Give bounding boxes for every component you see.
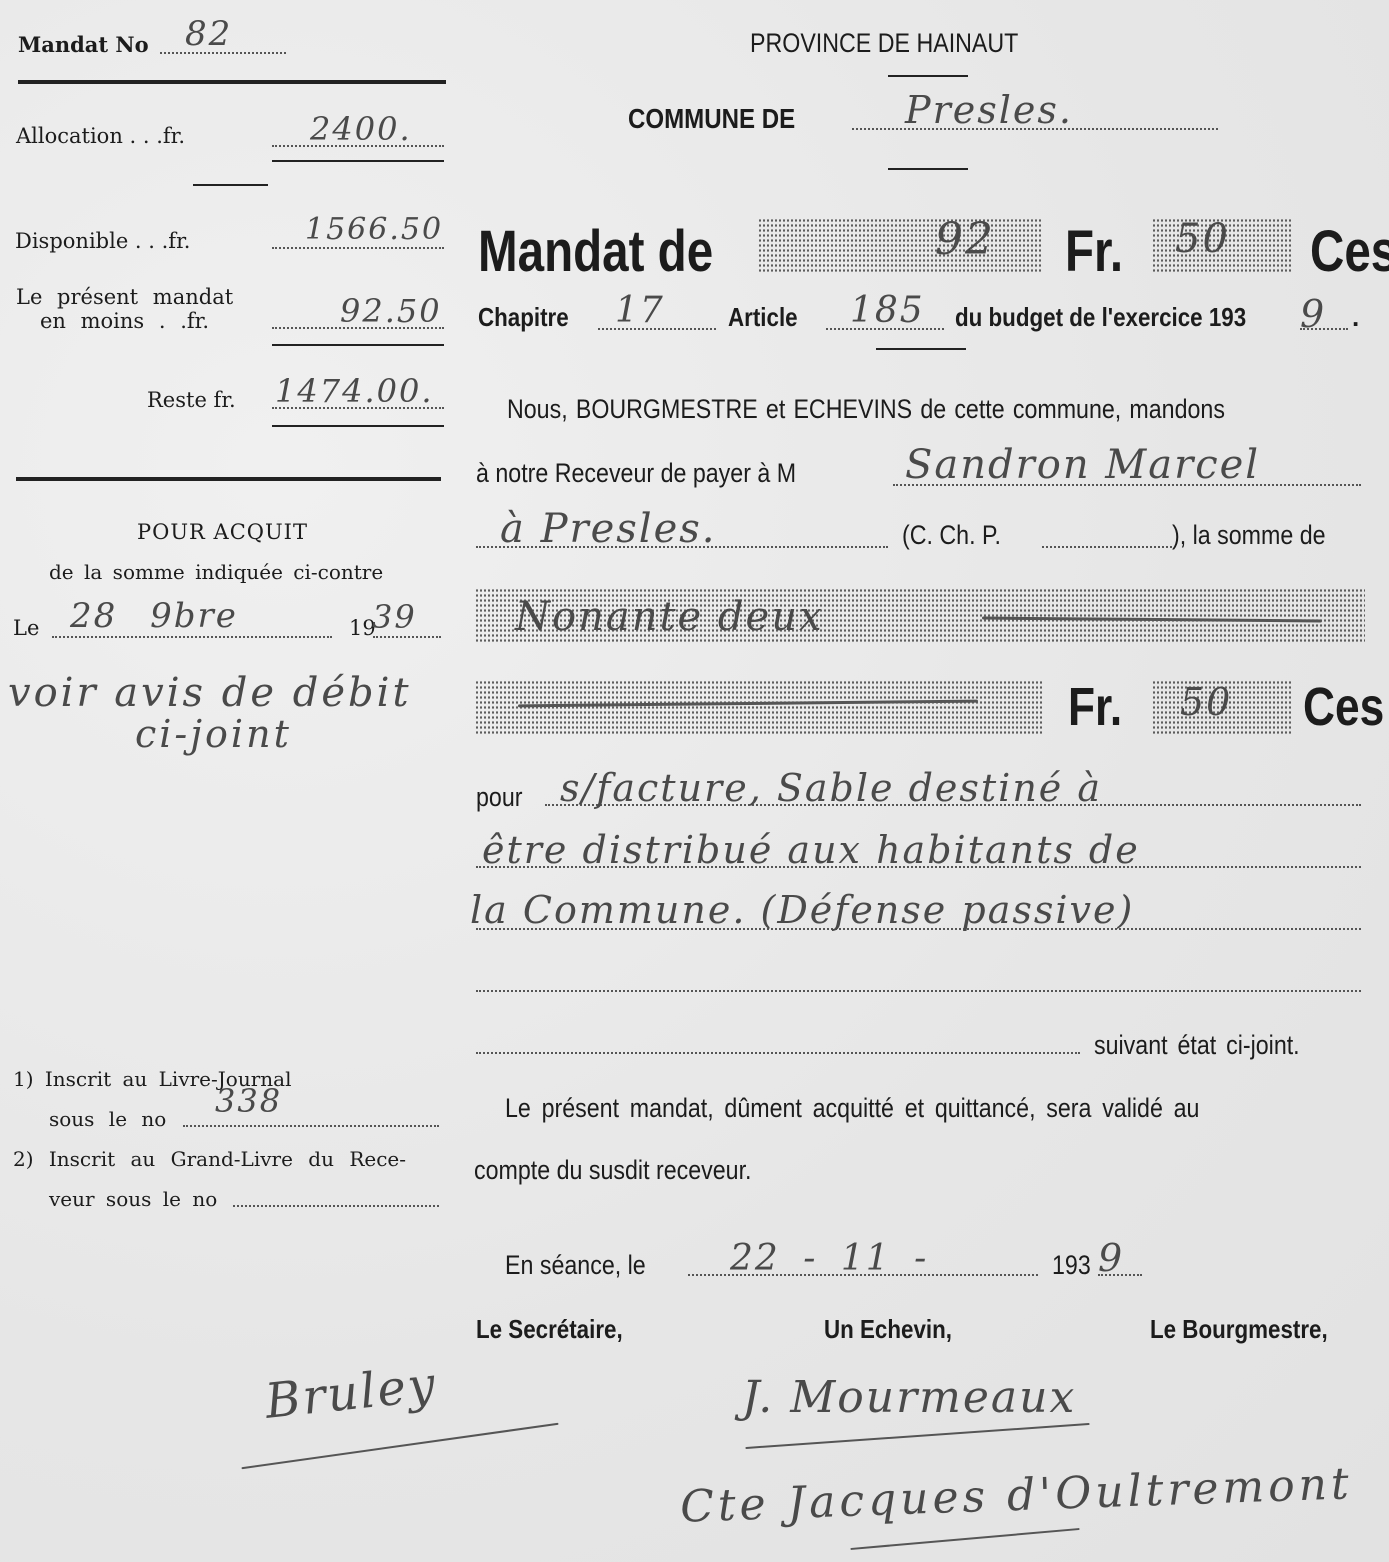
cchp-field-line[interactable] bbox=[1042, 546, 1172, 548]
echevin-signature-flourish bbox=[745, 1423, 1089, 1449]
words-ces-value[interactable]: 50 bbox=[1180, 680, 1232, 724]
secretaire-label: Le Secrétaire, bbox=[476, 1314, 623, 1345]
commune-separator bbox=[888, 168, 968, 170]
divider-top-left bbox=[18, 80, 446, 84]
validity-line1: Le présent mandat, dûment acquitté et qu… bbox=[505, 1093, 1199, 1124]
present-mandat-underline bbox=[272, 344, 444, 346]
acquit-year-field-line bbox=[373, 636, 441, 638]
suivant-label: suivant état ci-joint. bbox=[1094, 1030, 1300, 1061]
acquit-note-line1: voir avis de débit bbox=[8, 670, 412, 716]
mandat-amount-ces-value[interactable]: 50 bbox=[1175, 216, 1230, 262]
validity-line2: compte du susdit receveur. bbox=[474, 1155, 751, 1186]
mandat-amount-fr-value[interactable]: 92 bbox=[935, 214, 995, 265]
budget-label: du budget de l'exercice 193 bbox=[955, 302, 1246, 333]
allocation-underline bbox=[272, 160, 444, 162]
commune-value[interactable]: Presles. bbox=[905, 88, 1073, 132]
disponible-value[interactable]: 1566.50 bbox=[305, 212, 443, 247]
words-ces-label: Ces bbox=[1303, 676, 1384, 738]
seance-label: En séance, le bbox=[505, 1250, 646, 1281]
inscrit-grand-livre-field-line[interactable] bbox=[233, 1205, 439, 1207]
reste-value[interactable]: 1474.00. bbox=[275, 372, 434, 410]
secretaire-signature: Bruley bbox=[263, 1356, 440, 1430]
bourgmestre-signature: Cte Jacques d'Oultremont bbox=[679, 1458, 1353, 1532]
mandat-title: Mandat de bbox=[478, 218, 713, 285]
chapitre-label: Chapitre bbox=[478, 302, 569, 333]
commune-label: COMMUNE DE bbox=[628, 103, 795, 135]
purpose-value-3[interactable]: la Commune. (Défense passive) bbox=[470, 888, 1134, 932]
acquit-subtitle: de la somme indiquée ci-contre bbox=[49, 560, 383, 584]
echevin-signature: J. Mourmeaux bbox=[742, 1372, 1076, 1423]
mandat-ces-label: Ces bbox=[1310, 218, 1389, 285]
acquit-le-label: Le bbox=[13, 616, 39, 640]
mandat-number-label: Mandat No bbox=[18, 32, 149, 57]
payee-address-value[interactable]: à Presles. bbox=[500, 506, 717, 552]
acquit-date-field-line bbox=[52, 636, 332, 638]
purpose-line-4[interactable] bbox=[476, 990, 1361, 992]
purpose-value-1[interactable]: s/facture, Sable destiné à bbox=[560, 766, 1102, 810]
inscrit-grand-livre-label: 2) Inscrit au Grand-Livre du Rece- bbox=[13, 1147, 406, 1171]
reste-underline bbox=[272, 425, 444, 427]
seance-date-value[interactable]: 22 - 11 - bbox=[730, 1238, 928, 1279]
mandat-amount-fr-box bbox=[758, 218, 1042, 274]
budget-year-value[interactable]: 9 bbox=[1300, 292, 1326, 336]
divider-middle-left bbox=[16, 477, 441, 481]
purpose-value-2[interactable]: être distribué aux habitants de bbox=[482, 828, 1140, 872]
acquit-year-value[interactable]: 39 bbox=[372, 598, 417, 636]
present-mandat-value[interactable]: 92.50 bbox=[340, 292, 442, 330]
allocation-label: Allocation . . .fr. bbox=[16, 124, 185, 148]
budget-period: . bbox=[1352, 302, 1359, 333]
disponible-field-line bbox=[272, 247, 444, 249]
echevin-label: Un Echevin, bbox=[824, 1314, 952, 1345]
bourgmestre-label: Le Bourgmestre, bbox=[1150, 1314, 1328, 1345]
amount-words-box-2 bbox=[475, 680, 1043, 736]
mandat-fr-label: Fr. bbox=[1065, 218, 1123, 285]
seance-year-value[interactable]: 9 bbox=[1098, 1236, 1124, 1280]
chapitre-separator bbox=[876, 348, 966, 350]
acquit-date-value[interactable]: 28 9bre bbox=[70, 596, 238, 636]
inscrit-livre-journal-field-line bbox=[183, 1125, 439, 1127]
cchp-label: (C. Ch. P. bbox=[902, 520, 1001, 551]
inscrit-livre-journal-no-label: sous le no bbox=[49, 1107, 166, 1131]
present-mandat-label-line2: en moins . .fr. bbox=[40, 309, 209, 333]
province-separator bbox=[888, 75, 968, 77]
acquit-note-line2: ci-joint bbox=[135, 712, 292, 756]
payee-value[interactable]: Sandron Marcel bbox=[905, 442, 1260, 488]
article-label: Article bbox=[728, 302, 798, 333]
mandat-number-value[interactable]: 82 bbox=[185, 14, 232, 54]
inscrit-livre-journal-value[interactable]: 338 bbox=[215, 1082, 282, 1120]
words-fr-label: Fr. bbox=[1068, 676, 1122, 738]
suivant-field-line[interactable] bbox=[476, 1052, 1080, 1054]
present-mandat-label-line1: Le présent mandat bbox=[16, 285, 233, 309]
seance-year-prefix: 193 bbox=[1052, 1250, 1091, 1281]
reste-label: Reste fr. bbox=[147, 388, 236, 412]
allocation-value[interactable]: 2400. bbox=[310, 110, 412, 148]
bourgmestre-signature-flourish bbox=[850, 1528, 1079, 1550]
body-paragraph-line1: Nous, BOURGMESTRE et ECHEVINS de cette c… bbox=[507, 394, 1225, 425]
pour-label: pour bbox=[476, 782, 522, 813]
payer-label: à notre Receveur de payer à M bbox=[476, 458, 796, 489]
amount-words-value[interactable]: Nonante deux bbox=[515, 594, 824, 640]
chapitre-value[interactable]: 17 bbox=[615, 290, 665, 331]
cchp-suffix: ), la somme de bbox=[1172, 520, 1326, 551]
disponible-label: Disponible . . .fr. bbox=[15, 229, 190, 253]
allocation-separator bbox=[193, 184, 268, 186]
secretaire-signature-flourish bbox=[241, 1423, 558, 1470]
acquit-title: POUR ACQUIT bbox=[137, 520, 308, 544]
inscrit-grand-livre-no-label: veur sous le no bbox=[49, 1187, 217, 1211]
article-value[interactable]: 185 bbox=[850, 290, 925, 331]
province-heading: PROVINCE DE HAINAUT bbox=[750, 28, 1018, 59]
